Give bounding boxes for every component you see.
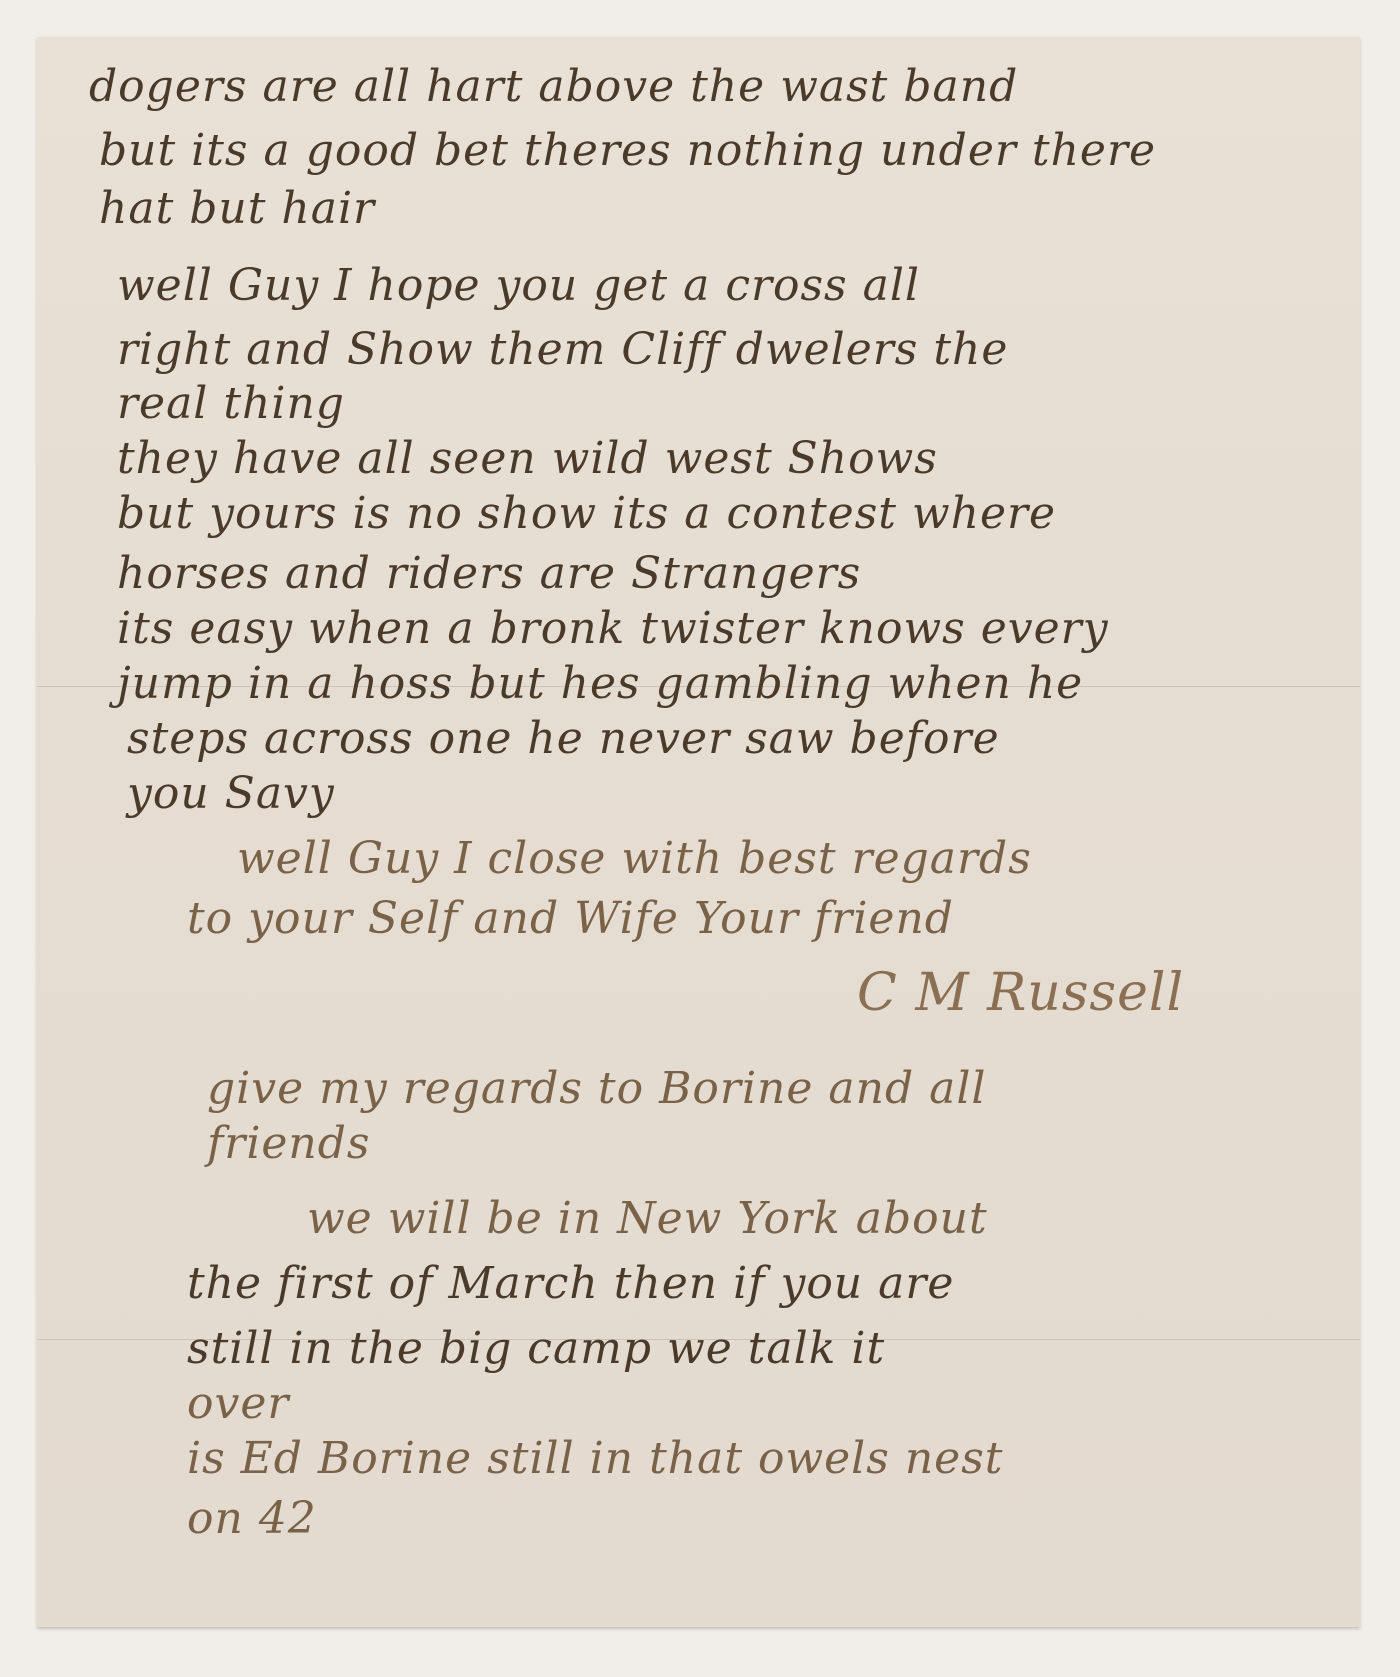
- letter-line: they have all seen wild west Shows: [117, 437, 938, 481]
- letter-line: its easy when a bronk twister knows ever…: [117, 607, 1109, 651]
- letter-line: but its a good bet theres nothing under …: [99, 129, 1156, 173]
- postscript-line: over: [187, 1382, 289, 1426]
- letter-line: real thing: [117, 382, 345, 426]
- letter-line: hat but hair: [99, 187, 375, 231]
- postscript-line: is Ed Borine still in that owels nest: [187, 1437, 1003, 1481]
- postscript-line: we will be in New York about: [307, 1197, 988, 1241]
- signature: C M Russell: [857, 967, 1184, 1019]
- letter-line: dogers are all hart above the wast band: [89, 65, 1018, 109]
- closing-line: to your Self and Wife Your friend: [187, 897, 954, 941]
- postscript-line: give my regards to Borine and all: [207, 1067, 986, 1111]
- postscript-line: friends: [207, 1122, 371, 1166]
- letter-line: steps across one he never saw before: [127, 717, 1000, 761]
- postscript-line: still in the big camp we talk it: [187, 1327, 885, 1371]
- letter-line: jump in a hoss but hes gambling when he: [117, 662, 1083, 706]
- postscript-line: the first of March then if you are: [187, 1262, 954, 1306]
- postscript-line: on 42: [187, 1497, 317, 1541]
- letter-page: dogers are all hart above the wast band …: [37, 37, 1360, 1627]
- letter-line: you Savy: [127, 772, 335, 816]
- letter-line: right and Show them Cliff dwelers the: [117, 328, 1008, 372]
- closing-line: well Guy I close with best regards: [237, 837, 1032, 881]
- letter-line: horses and riders are Strangers: [117, 552, 861, 596]
- letter-line: but yours is no show its a contest where: [117, 492, 1056, 536]
- letter-line: well Guy I hope you get a cross all: [117, 264, 920, 308]
